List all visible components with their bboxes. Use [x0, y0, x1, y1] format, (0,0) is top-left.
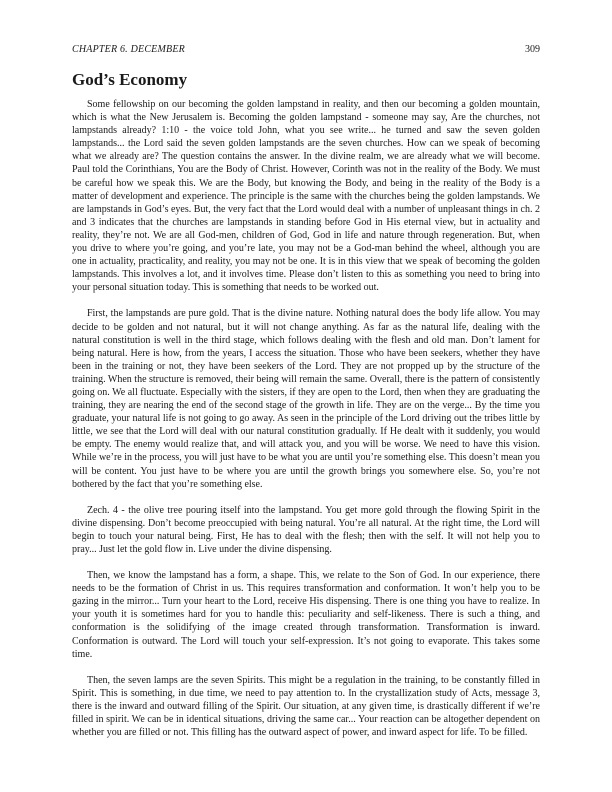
paragraph: Zech. 4 - the olive tree pouring itself …	[72, 504, 540, 556]
paragraph: Then, the seven lamps are the seven Spir…	[72, 674, 540, 739]
page-number: 309	[525, 44, 540, 55]
paragraph: Then, we know the lampstand has a form, …	[72, 569, 540, 661]
paragraph: First, the lampstands are pure gold. Tha…	[72, 307, 540, 490]
section-title: God’s Economy	[72, 70, 540, 90]
document-page: CHAPTER 6. DECEMBER 309 God’s Economy So…	[72, 44, 540, 752]
running-header: CHAPTER 6. DECEMBER 309	[72, 44, 540, 58]
paragraph: Some fellowship on our becoming the gold…	[72, 98, 540, 294]
chapter-heading: CHAPTER 6. DECEMBER	[72, 44, 185, 55]
